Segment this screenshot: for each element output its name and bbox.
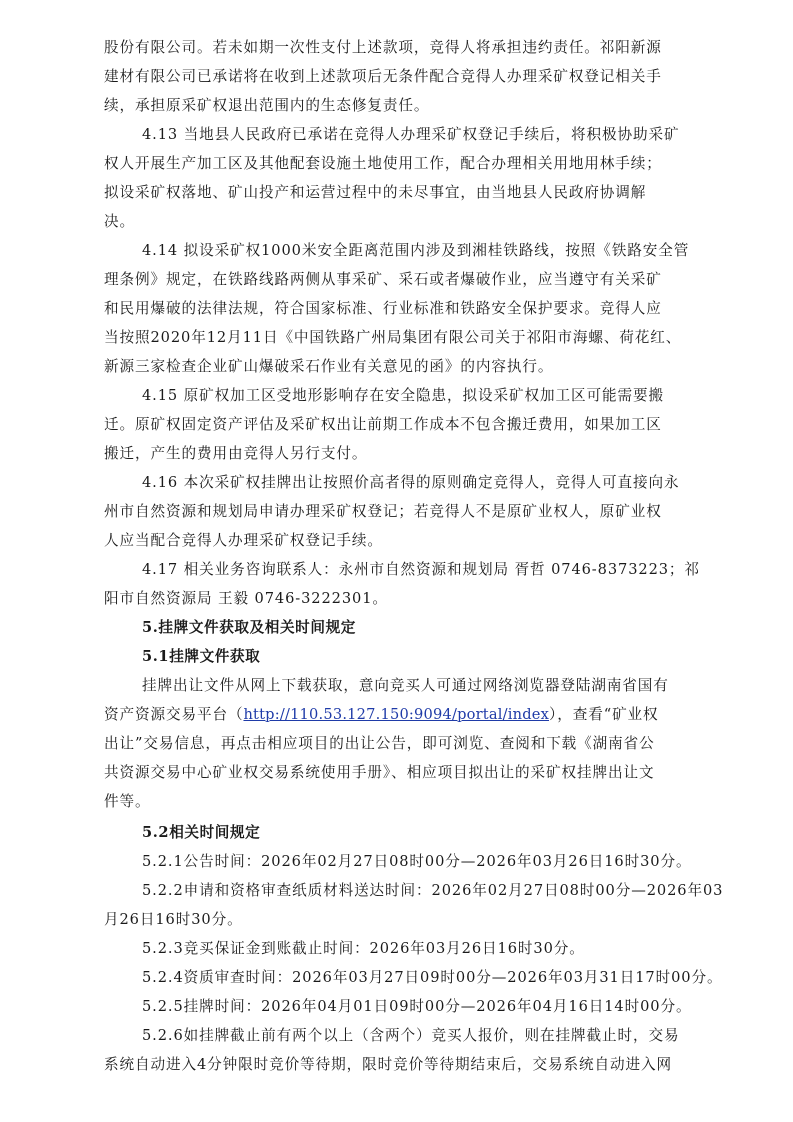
paragraph-line: 挂牌出让文件从网上下载获取，意向竞买人可通过网络浏览器登陆湖南省国有 [142,676,669,696]
paragraph-line-with-link: 资产资源交易平台（http://110.53.127.150:9094/port… [104,705,659,725]
section-heading-5-1: 5.1挂牌文件获取 [142,647,260,667]
time-rule-5-2-3: 5.2.3竞买保证金到账截止时间：2026年03月26日16时30分。 [142,939,585,959]
clause-4-17: 4.17 相关业务咨询联系人：永州市自然资源和规划局 胥哲 0746-83732… [142,560,700,580]
paragraph-line: 迁。原矿权固定资产评估及采矿权出让前期工作成本不包含搬迁费用，如果加工区 [104,415,662,435]
portal-link[interactable]: http://110.53.127.150:9094/portal/index [243,706,549,723]
time-rule-5-2-6: 5.2.6如挂牌截止前有两个以上（含两个）竞买人报价，则在挂牌截止时，交易 [142,1026,679,1046]
link-prefix: 资产资源交易平台（ [104,706,243,723]
paragraph-line: 决。 [104,212,135,232]
paragraph-line: 共资源交易中心矿业权交易系统使用手册》、相应项目拟出让的采矿权挂牌出让文 [104,763,654,783]
paragraph-line: 和民用爆破的法律法规，符合国家标准、行业标准和铁路安全保护要求。竞得人应 [104,299,662,319]
paragraph-line: 股份有限公司。若未如期一次性支付上述款项，竞得人将承担违约责任。祁阳新源 [104,38,662,58]
paragraph-line: 人应当配合竞得人办理采矿权登记手续。 [104,531,383,551]
clause-4-16: 4.16 本次采矿权挂牌出让按照价高者得的原则确定竞得人，竞得人可直接向永 [142,473,679,493]
paragraph-line: 权人开展生产加工区及其他配套设施土地使用工作，配合办理相关用地用林手续； [104,154,662,174]
paragraph-line: 件等。 [104,792,150,812]
paragraph-line: 搬迁，产生的费用由竞得人另行支付。 [104,444,367,464]
paragraph-line: 建材有限公司已承诺将在收到上述款项后无条件配合竞得人办理采矿权登记相关手 [104,67,662,87]
paragraph-line: 新源三家检查企业矿山爆破采石作业有关意见的函》的内容执行。 [104,357,553,377]
paragraph-line: 理条例》规定，在铁路线路两侧从事采矿、采石或者爆破作业，应当遵守有关采矿 [104,270,662,290]
paragraph-line: 续，承担原采矿权退出范围内的生态修复责任。 [104,96,429,116]
section-heading-5: 5.挂牌文件获取及相关时间规定 [142,618,356,638]
paragraph-line: 州市自然资源和规划局申请办理采矿权登记；若竞得人不是原矿业权人，原矿业权 [104,502,662,522]
time-rule-5-2-5: 5.2.5挂牌时间：2026年04月01日09时00分—2026年04月16日1… [142,997,691,1017]
time-rule-5-2-2: 5.2.2申请和资格审查纸质材料送达时间：2026年02月27日08时00分—2… [142,881,723,901]
time-rule-5-2-6-cont: 系统自动进入4分钟限时竞价等待期，限时竞价等待期结束后，交易系统自动进入网 [104,1055,672,1075]
time-rule-5-2-1: 5.2.1公告时间：2026年02月27日08时00分—2026年03月26日1… [142,852,691,872]
paragraph-line: 出让”交易信息，再点击相应项目的出让公告，即可浏览、查阅和下载《湖南省公 [104,734,655,754]
paragraph-line: 当按照2020年12月11日《中国铁路广州局集团有限公司关于祁阳市海螺、荷花红、 [104,328,681,348]
clause-4-14: 4.14 拟设采矿权1000米安全距离范围内涉及到湘桂铁路线，按照《铁路安全管 [142,241,689,261]
paragraph-line: 阳市自然资源局 王毅 0746-3222301。 [104,589,388,609]
clause-4-13: 4.13 当地县人民政府已承诺在竞得人办理采矿权登记手续后，将积极协助采矿 [142,125,679,145]
link-suffix: ），查看“矿业权 [549,706,659,723]
time-rule-5-2-4: 5.2.4资质审查时间：2026年03月27日09时00分—2026年03月31… [142,968,722,988]
time-rule-5-2-2-cont: 月26日16时30分。 [104,910,243,930]
section-heading-5-2: 5.2相关时间规定 [142,823,260,843]
clause-4-15: 4.15 原矿权加工区受地形影响存在安全隐患，拟设采矿权加工区可能需要搬 [142,386,664,406]
paragraph-line: 拟设采矿权落地、矿山投产和运营过程中的未尽事宜，由当地县人民政府协调解 [104,183,646,203]
